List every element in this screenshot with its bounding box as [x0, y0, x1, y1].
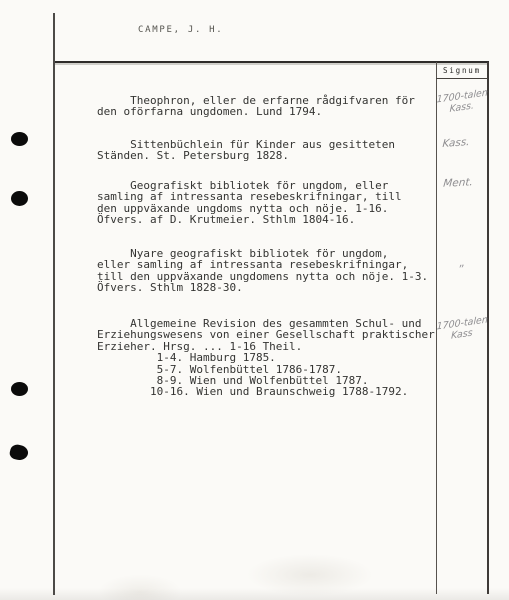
hole-punch-mark [11, 382, 28, 396]
signum-annotation: Kass. [436, 137, 477, 151]
hole-punch-mark [11, 191, 28, 206]
hole-punch-mark [11, 132, 28, 146]
entry-allgemeine-revision: Allgemeine Revision des gesammten Schul-… [97, 318, 435, 398]
entry-theophron: Theophron, eller de erfarne rådgifvaren … [97, 95, 415, 118]
ditto-mark: „ [452, 256, 473, 268]
signum-label: Signum [443, 66, 481, 75]
left-margin-rule [53, 13, 55, 595]
header-rule [53, 61, 489, 63]
signum-annotation: 1700-talen Kass. [432, 87, 492, 118]
entry-sittenbuchlein: Sittenbüchlein für Kinder aus gesitteten… [97, 139, 395, 162]
signum-annotation: 1700-talen Kass [431, 314, 493, 345]
scan-edge-shadow [0, 588, 509, 600]
signum-annotation: Ment. [436, 177, 481, 190]
signum-header: Signum [436, 62, 488, 79]
entry-nyare-geografiskt-bibliotek: Nyare geografiskt bibliotek för ungdom, … [97, 248, 428, 294]
hole-punch-mark [8, 443, 29, 462]
card-heading: CAMPE, J. H. [138, 25, 223, 35]
entry-geografiskt-bibliotek: Geografiskt bibliotek för ungdom, eller … [97, 180, 402, 226]
catalog-card: CAMPE, J. H. Signum Theophron, eller de … [0, 0, 509, 600]
